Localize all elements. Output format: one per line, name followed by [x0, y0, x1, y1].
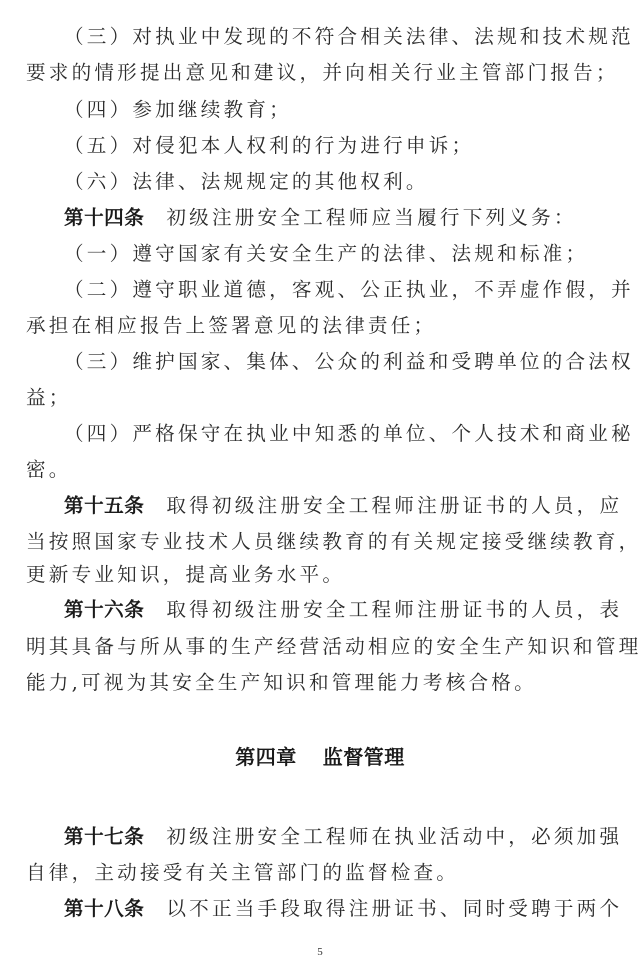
line-text: 自律，主动接受有关主管部门的监督检查。	[26, 861, 459, 884]
paragraph-line: 益；	[26, 386, 622, 410]
line-text: （三）维护国家、集体、公众的利益和受聘单位的合法权	[64, 350, 634, 373]
line-text: 能力,可视为其安全生产知识和管理能力考核合格。	[26, 671, 537, 694]
line-text: 更新专业知识，提高业务水平。	[26, 563, 345, 586]
line-text: （四）严格保守在执业中知悉的单位、个人技术和商业秘	[64, 422, 634, 445]
line-text: （三）对执业中发现的不符合相关法律、法规和技术规范	[64, 25, 634, 48]
line-text: 初级注册安全工程师应当履行下列义务：	[166, 206, 576, 229]
paragraph-line: 自律，主动接受有关主管部门的监督检查。	[26, 861, 622, 885]
article-15: 第十五条取得初级注册安全工程师注册证书的人员，应	[64, 494, 640, 518]
article-17: 第十七条初级注册安全工程师在执业活动中，必须加强	[64, 825, 640, 849]
article-label: 第十五条	[64, 494, 144, 517]
paragraph-line: 当按照国家专业技术人员继续教育的有关规定接受继续教育，	[26, 530, 622, 554]
chapter-number: 第四章	[235, 745, 297, 769]
paragraph-line: 能力,可视为其安全生产知识和管理能力考核合格。	[26, 671, 622, 695]
paragraph-line: （二）遵守职业道德，客观、公正执业，不弄虚作假，并	[64, 278, 640, 302]
line-text: 以不正当手段取得注册证书、同时受聘于两个	[166, 897, 622, 920]
paragraph-line: （三）对执业中发现的不符合相关法律、法规和技术规范	[64, 25, 640, 49]
paragraph-line: 承担在相应报告上签署意见的法律责任；	[26, 314, 622, 338]
line-text: 当按照国家专业技术人员继续教育的有关规定接受继续教育，	[26, 530, 640, 553]
line-text: （二）遵守职业道德，客观、公正执业，不弄虚作假，并	[64, 278, 634, 301]
paragraph-line: （四）参加继续教育；	[64, 98, 640, 122]
paragraph-line: （三）维护国家、集体、公众的利益和受聘单位的合法权	[64, 350, 640, 374]
line-text: （六）法律、法规规定的其他权利。	[64, 170, 429, 193]
article-14: 第十四条初级注册安全工程师应当履行下列义务：	[64, 206, 640, 230]
line-text: 取得初级注册安全工程师注册证书的人员，表	[166, 598, 622, 621]
chapter-title: 监督管理	[323, 745, 405, 769]
article-label: 第十七条	[64, 825, 144, 848]
article-label: 第十六条	[64, 598, 144, 621]
line-text: （四）参加继续教育；	[64, 98, 292, 121]
chapter-heading: 第四章监督管理	[0, 745, 640, 769]
paragraph-line: 明其具备与所从事的生产经营活动相应的安全生产知识和管理	[26, 635, 622, 659]
line-text: 密。	[26, 458, 72, 481]
page-number: 5	[0, 946, 640, 956]
paragraph-line: 更新专业知识，提高业务水平。	[26, 563, 622, 587]
paragraph-line: 密。	[26, 458, 622, 482]
line-text: 明其具备与所从事的生产经营活动相应的安全生产知识和管理	[26, 635, 640, 658]
article-16: 第十六条取得初级注册安全工程师注册证书的人员，表	[64, 598, 640, 622]
document-page: （三）对执业中发现的不符合相关法律、法规和技术规范 要求的情形提出意见和建议，并…	[0, 0, 640, 956]
paragraph-line: （一）遵守国家有关安全生产的法律、法规和标准；	[64, 242, 640, 266]
line-text: （五）对侵犯本人权利的行为进行申诉；	[64, 134, 474, 157]
paragraph-line: 要求的情形提出意见和建议，并向相关行业主管部门报告；	[26, 61, 622, 85]
paragraph-line: （六）法律、法规规定的其他权利。	[64, 170, 640, 194]
line-text: 取得初级注册安全工程师注册证书的人员，应	[166, 494, 622, 517]
paragraph-line: （四）严格保守在执业中知悉的单位、个人技术和商业秘	[64, 422, 640, 446]
line-text: 要求的情形提出意见和建议，并向相关行业主管部门报告；	[26, 61, 619, 84]
article-label: 第十八条	[64, 897, 144, 920]
article-18: 第十八条以不正当手段取得注册证书、同时受聘于两个	[64, 897, 640, 921]
line-text: 承担在相应报告上签署意见的法律责任；	[26, 314, 436, 337]
line-text: 初级注册安全工程师在执业活动中，必须加强	[166, 825, 622, 848]
paragraph-line: （五）对侵犯本人权利的行为进行申诉；	[64, 134, 640, 158]
line-text: （一）遵守国家有关安全生产的法律、法规和标准；	[64, 242, 588, 265]
article-label: 第十四条	[64, 206, 144, 229]
line-text: 益；	[26, 386, 72, 409]
